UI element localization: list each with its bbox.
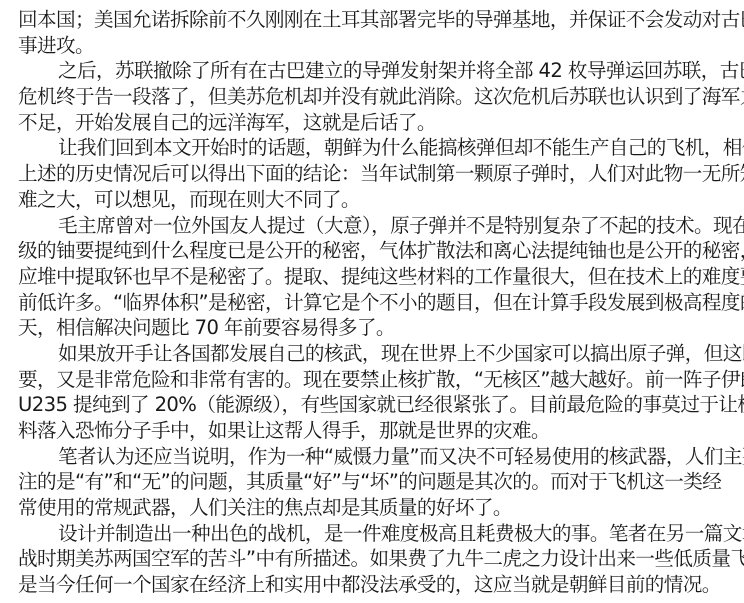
paragraph: 回本国；美国允诺拆除前不久刚刚在土耳其部署完毕的导弹基地，并保证不会发动对古巴的… — [18, 7, 730, 58]
text-line: 笔者认为还应当说明，作为一种“威慑力量”而又决不可轻易使用的核武器，人们主要关 — [18, 444, 730, 470]
paragraph: 如果放开手让各国都发展自己的核武，现在世界上不少国家可以搞出原子弹，但这既无必 … — [18, 341, 730, 444]
text-line: 危机终于告一段落了，但美苏危机却并没有就此消除。这次危机后苏联也认识到了海军力量… — [18, 84, 730, 110]
text-line: 事进攻。 — [18, 33, 730, 59]
text-line: 应堆中提取钚也早不是秘密了。提取、提纯这些材料的工作量很大，但在技术上的难度要比… — [18, 264, 730, 290]
text-line: 是当今任何一个国家在经济上和实用中都没法承受的，这应当就是朝鲜目前的情况。 — [18, 572, 730, 598]
paragraph: 让我们回到本文开始时的话题，朝鲜为什么能搞核弹但却不能生产自己的飞机，相信看了 … — [18, 135, 730, 212]
paragraph: 之后，苏联撤除了所有在古巴建立的导弹发射架并将全部 42 枚导弹运回苏联，古巴导… — [18, 58, 730, 135]
document-page: 回本国；美国允诺拆除前不久刚刚在土耳其部署完毕的导弹基地，并保证不会发动对古巴的… — [18, 7, 730, 598]
text-line: 级的铀要提纯到什么程度已是公开的秘密，气体扩散法和离心法提纯铀也是公开的秘密，从… — [18, 238, 730, 264]
text-line: 设计并制造出一种出色的战机，是一件难度极高且耗费极大的事。笔者在另一篇文章“冷 — [18, 521, 730, 547]
text-line: 之后，苏联撤除了所有在古巴建立的导弹发射架并将全部 42 枚导弹运回苏联，古巴导… — [18, 58, 730, 84]
text-line: 天，相信解决问题比 70 年前要容易得多了。 — [18, 315, 730, 341]
text-line: 毛主席曾对一位外国友人提过（大意），原子弹并不是特别复杂了不起的技术。现在武器 — [18, 213, 730, 239]
text-line: 让我们回到本文开始时的话题，朝鲜为什么能搞核弹但却不能生产自己的飞机，相信看了 — [18, 135, 730, 161]
text-line: 料落入恐怖分子手中，如果让这帮人得手，那就是世界的灾难。 — [18, 418, 730, 444]
text-line: U235 提纯到了 20%（能源级），有些国家就已经很紧张了。目前最危险的事莫过… — [18, 392, 730, 418]
text-line: 前低许多。“临界体积”是秘密，计算它是个不小的题目，但在计算手段发展到极高程度的… — [18, 290, 730, 316]
text-line: 常使用的常规武器，人们关注的焦点却是其质量的好坏了。 — [18, 495, 730, 521]
text-line: 注的是“有”和“无”的问题，其质量“好”与“坏”的问题是其次的。而对于飞机这一类… — [18, 469, 730, 495]
text-line: 难之大，可以想见，而现在则大不同了。 — [18, 187, 730, 213]
paragraph: 笔者认为还应当说明，作为一种“威慑力量”而又决不可轻易使用的核武器，人们主要关 … — [18, 444, 730, 521]
text-line: 不足，开始发展自己的远洋海军，这就是后话了。 — [18, 110, 730, 136]
text-line: 要，又是非常危险和非常有害的。现在要禁止核扩散，“无核区”越大越好。前一阵子伊朗… — [18, 367, 730, 393]
text-line: 回本国；美国允诺拆除前不久刚刚在土耳其部署完毕的导弹基地，并保证不会发动对古巴的… — [18, 7, 730, 33]
paragraph: 设计并制造出一种出色的战机，是一件难度极高且耗费极大的事。笔者在另一篇文章“冷 … — [18, 521, 730, 598]
text-line: 如果放开手让各国都发展自己的核武，现在世界上不少国家可以搞出原子弹，但这既无必 — [18, 341, 730, 367]
paragraph: 毛主席曾对一位外国友人提过（大意），原子弹并不是特别复杂了不起的技术。现在武器 … — [18, 213, 730, 341]
text-line: 战时期美苏两国空军的苦斗”中有所描述。如果费了九牛二虎之力设计出来一些低质量飞机… — [18, 546, 730, 572]
text-line: 上述的历史情况后可以得出下面的结论：当年试制第一颗原子弹时，人们对此物一无所知，… — [18, 161, 730, 187]
